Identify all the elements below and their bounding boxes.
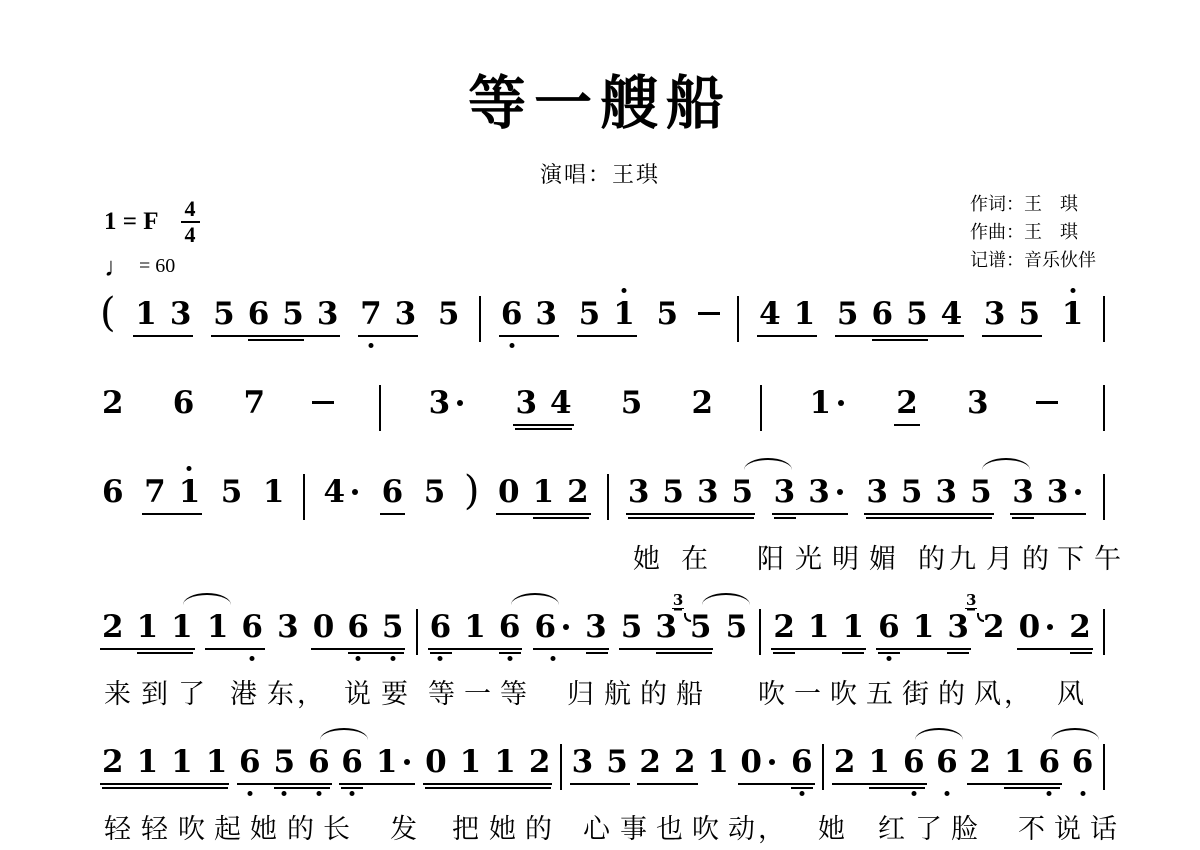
beam-group: 63 — [533, 610, 609, 650]
low-octave-dot — [316, 791, 321, 796]
beam-group: 5 — [724, 610, 750, 648]
note-group: 3535 — [864, 475, 993, 515]
low-octave-dot — [356, 656, 361, 661]
note-3: 3 — [655, 610, 677, 644]
beam-group: 613 — [876, 610, 971, 650]
note-5: 5 — [213, 297, 235, 331]
note-1: 1 — [263, 475, 285, 509]
note-5: 5 — [657, 297, 679, 331]
note-4: 4 — [941, 297, 963, 331]
beam-line — [586, 652, 608, 655]
note-0: 0 — [313, 610, 335, 644]
note-6: 6 — [102, 475, 124, 509]
beam-line — [774, 517, 796, 520]
single-note: 1 — [261, 475, 287, 513]
note-2: 2 — [834, 745, 856, 779]
beam-group: 3 — [965, 386, 991, 424]
sustain-dash — [312, 401, 334, 405]
single-note: 3 — [427, 386, 469, 424]
lyric-char: 动 — [728, 813, 755, 845]
note-group: 02 — [1017, 610, 1093, 650]
music-system-4: 21116306561663535352116132302 来到了港东，说要等一… — [100, 610, 1105, 718]
quarter-note-icon: ♩ — [104, 256, 131, 278]
lyric-char: 等 — [428, 678, 455, 710]
lyric-char: 的 — [525, 813, 552, 845]
note-1: 1 — [808, 610, 830, 644]
lyrics-line-3: 她在阳光明媚的九月的下午 — [100, 543, 1105, 583]
lyric-char: 归 — [567, 678, 594, 710]
note-3: 3 — [774, 475, 796, 509]
beam-group: 5653 — [211, 297, 340, 337]
note-6: 6 — [1072, 745, 1094, 779]
lyric-char: 东 — [267, 678, 294, 710]
beam-group: 35 — [982, 297, 1042, 337]
key-tempo-block: 1 = F 4 4 ♩ = 60 — [104, 197, 200, 278]
grace-note: 3 — [965, 593, 977, 609]
note-2: 2 — [102, 610, 124, 644]
note-group: 216 — [967, 745, 1062, 785]
note-group: 5654 — [835, 297, 964, 337]
note-0: 0 — [740, 745, 778, 779]
note-2: 2 — [692, 386, 714, 420]
key-signature: 1 = F — [104, 208, 159, 236]
note-3: 3 — [866, 475, 888, 509]
note-5: 5 — [274, 745, 296, 779]
single-note: 5 — [422, 475, 448, 513]
low-octave-dot — [944, 791, 949, 796]
note-6: 6 — [878, 610, 900, 644]
single-note: 1 — [705, 745, 731, 783]
note-1: 1 — [137, 745, 159, 779]
meta-block: 1 = F 4 4 ♩ = 60 作词：王 琪 作曲：王 琪 记谱：音乐伙伴 — [100, 191, 1100, 283]
lyric-char: ， — [297, 678, 324, 710]
note-3: 3 — [395, 297, 417, 331]
note-6: 6 — [499, 610, 521, 644]
tie-arc — [511, 593, 559, 605]
beam-group: 02 — [1017, 610, 1093, 650]
tie-arc — [744, 458, 792, 470]
note-1: 1 — [206, 745, 228, 779]
single-note: 2 — [690, 386, 716, 424]
beam-line — [430, 652, 452, 655]
note-1: 1 — [464, 610, 486, 644]
low-octave-dot — [438, 656, 443, 661]
note-5: 5 — [901, 475, 923, 509]
beam-group: 34 — [513, 386, 573, 426]
note-1: 1 — [376, 745, 414, 779]
lyric-char: 的 — [1022, 543, 1049, 575]
beam-line — [425, 787, 551, 790]
note-group: 0112 — [423, 745, 552, 785]
beam-line — [773, 652, 795, 655]
barline — [1103, 744, 1105, 790]
barline — [607, 474, 609, 520]
note-1: 1 — [494, 745, 516, 779]
note-3: 3 — [429, 386, 467, 420]
note-6: 6 — [872, 297, 894, 331]
single-note: 6 — [100, 475, 126, 513]
note-1: 1 — [137, 610, 159, 644]
low-octave-dot — [350, 791, 355, 796]
augmentation-dot — [838, 400, 844, 406]
high-octave-dot — [187, 466, 192, 471]
lyric-char: 轻 — [141, 813, 168, 845]
note-group: 73 — [358, 297, 418, 337]
beam-group: 06 — [738, 745, 814, 785]
lyric-char: 的 — [918, 543, 945, 575]
lyric-char: 不 — [1018, 813, 1045, 845]
time-denominator: 4 — [185, 223, 196, 247]
note-0: 0 — [498, 475, 520, 509]
beam-line — [628, 517, 754, 520]
lyric-char: 航 — [604, 678, 631, 710]
beam-group: 71 — [142, 475, 202, 515]
lyric-char: 她 — [818, 813, 845, 845]
lyric-char: 事 — [620, 813, 647, 845]
note-group: 16 — [205, 610, 265, 650]
music-system-1: (13565373563515415654351 — [100, 297, 1105, 359]
lyric-char: 吹 — [178, 813, 205, 845]
notation-line-5: 2111656610112352210621662166 — [100, 745, 1105, 807]
lyric-char: 她 — [633, 543, 660, 575]
lyric-char: 了 — [178, 678, 205, 710]
beam-group: 6 — [1070, 745, 1096, 783]
lyric-char: 脸 — [951, 813, 978, 845]
note-6: 6 — [791, 745, 813, 779]
barline — [303, 474, 305, 520]
note-0: 0 — [1019, 610, 1057, 644]
note-5: 5 — [970, 475, 992, 509]
note-5: 5 — [438, 297, 460, 331]
tie-arc — [320, 728, 368, 740]
note-3: 3 — [808, 475, 846, 509]
note-3: 3 — [277, 610, 299, 644]
sheet-music-page: 等一艘船 演唱：王琪 1 = F 4 4 ♩ = 60 作词：王 琪 作曲：王 … — [0, 0, 1200, 850]
low-octave-dot — [799, 791, 804, 796]
lyric-char: 轻 — [104, 813, 131, 845]
lyrics-line-5: 轻轻吹起她的长发把她的心事也吹动，她红了脸不说话 — [100, 813, 1105, 850]
beam-group: 51 — [577, 297, 637, 337]
lyric-char: 把 — [452, 813, 479, 845]
beam-group: 13 — [133, 297, 193, 337]
note-5: 5 — [837, 297, 859, 331]
barline — [1103, 296, 1105, 342]
note-group: 71 — [142, 475, 202, 515]
note-group: 06 — [738, 745, 814, 785]
lyric-char: 的 — [938, 678, 965, 710]
single-note: 1 — [1060, 297, 1086, 335]
note-6: 6 — [173, 386, 195, 420]
lyric-char: ， — [758, 813, 785, 845]
singer-credit: 演唱：王琪 — [0, 158, 1200, 189]
note-1: 1 — [868, 745, 890, 779]
lyric-char: 起 — [214, 813, 241, 845]
note-2: 2 — [674, 745, 696, 779]
note-1: 1 — [1062, 297, 1084, 331]
beam-group: 6 — [100, 475, 126, 513]
beam-group: 211 — [100, 610, 195, 650]
grace-note: 3 — [672, 593, 684, 609]
note-group: 065 — [311, 610, 406, 650]
notation-line-2: 26733452123 — [100, 386, 1105, 448]
beam-line — [248, 339, 304, 342]
barline — [379, 385, 381, 431]
lyric-char: 等 — [500, 678, 527, 710]
lyric-char: 到 — [141, 678, 168, 710]
low-octave-dot — [507, 656, 512, 661]
note-5: 5 — [726, 610, 748, 644]
note-6: 6 — [382, 475, 404, 509]
note-group: 656 — [237, 745, 332, 785]
beam-group: 7 — [242, 386, 268, 424]
note-2: 2 — [567, 475, 589, 509]
augmentation-dot — [837, 489, 843, 495]
augmentation-dot — [457, 400, 463, 406]
note-4: 4 — [324, 475, 362, 509]
lyric-char: 光 — [795, 543, 822, 575]
note-2: 2 — [639, 745, 661, 779]
lyric-char: 九 — [949, 543, 976, 575]
note-0: 0 — [425, 745, 447, 779]
note-7: 7 — [360, 297, 382, 331]
beam-line — [791, 787, 813, 790]
beam-group: 065 — [311, 610, 406, 650]
barline — [822, 744, 824, 790]
song-title: 等一艘船 — [0, 72, 1200, 136]
beam-line — [348, 652, 404, 655]
sustain-dash — [698, 312, 720, 316]
notation-credit: 记谱：音乐伙伴 — [970, 247, 1096, 275]
single-note: 7 — [242, 386, 268, 424]
beam-group: 616 — [428, 610, 523, 650]
beam-group: 1 — [705, 745, 731, 783]
beam-line — [1012, 517, 1034, 520]
beam-group: 3535 — [626, 475, 755, 515]
single-note: 5 — [219, 475, 245, 513]
tempo-row: ♩ = 60 — [104, 255, 200, 278]
low-octave-dot — [247, 791, 252, 796]
beam-group: 2 — [100, 386, 126, 424]
credits-block: 作词：王 琪 作曲：王 琪 记谱：音乐伙伴 — [970, 191, 1096, 275]
note-group: 33 — [772, 475, 848, 515]
lyric-char: 要 — [381, 678, 408, 710]
note-3: 3 — [628, 475, 650, 509]
augmentation-dot — [563, 624, 569, 630]
beam-line — [499, 652, 521, 655]
grace-hook — [977, 613, 984, 622]
beam-line — [1004, 787, 1060, 790]
barline — [1103, 385, 1105, 431]
lyric-char: 阳 — [757, 543, 784, 575]
note-group: 63 — [533, 610, 609, 650]
note-group: 2111 — [100, 745, 229, 785]
lyric-char: 也 — [656, 813, 683, 845]
note-6: 6 — [241, 610, 263, 644]
note-group: 3535 — [626, 475, 755, 515]
beam-group: 012 — [496, 475, 591, 515]
lyric-char: 风 — [974, 678, 1001, 710]
beam-line — [947, 652, 969, 655]
lyric-char: 她 — [250, 813, 277, 845]
beam-group: 3535 — [864, 475, 993, 515]
note-6: 6 — [239, 745, 261, 779]
beam-group: 2111 — [100, 745, 229, 785]
single-note: 6 — [934, 745, 960, 783]
note-2: 2 — [896, 386, 918, 420]
barline — [1103, 474, 1105, 520]
barline — [737, 296, 739, 342]
lyric-char: 五 — [866, 678, 893, 710]
note-3: 3 — [170, 297, 192, 331]
single-note: 5 — [655, 297, 681, 335]
barline — [479, 296, 481, 342]
lyric-char: 心 — [583, 813, 610, 845]
note-5: 5 — [662, 475, 684, 509]
beam-group: 216 — [967, 745, 1062, 785]
note-1: 1 — [179, 475, 201, 509]
beam-line — [102, 787, 228, 790]
beam-group: 4 — [322, 475, 364, 513]
note-2: 2 — [102, 745, 124, 779]
low-octave-dot — [282, 791, 287, 796]
beam-line — [137, 652, 193, 655]
note-group: 41 — [757, 297, 817, 337]
lyric-char: 来 — [104, 678, 131, 710]
beam-line — [274, 787, 330, 790]
note-1: 1 — [843, 610, 865, 644]
low-octave-dot — [368, 343, 373, 348]
music-system-5: 2111656610112352210621662166 轻轻吹起她的长发把她的… — [100, 745, 1105, 850]
lyric-char: ， — [1004, 678, 1031, 710]
beam-line — [872, 339, 928, 342]
notation-line-3: 67151465)012353533353533 — [100, 475, 1105, 537]
note-3: 3 — [1012, 475, 1034, 509]
lyric-char: 长 — [323, 813, 350, 845]
note-1: 1 — [171, 610, 193, 644]
low-octave-dot — [1080, 791, 1085, 796]
note-3: 3 — [515, 386, 537, 420]
note-group: 012 — [496, 475, 591, 515]
note-6: 6 — [936, 745, 958, 779]
lyricist-credit: 作词：王 琪 — [970, 191, 1096, 219]
lyric-char: 发 — [390, 813, 417, 845]
high-octave-dot — [622, 288, 627, 293]
beam-group: 5654 — [835, 297, 964, 337]
beam-group: 16 — [205, 610, 265, 650]
beam-group: 1 — [261, 475, 287, 513]
note-1: 1 — [207, 610, 229, 644]
note-6: 6 — [308, 745, 330, 779]
low-octave-dot — [911, 791, 916, 796]
beam-group: 63 — [499, 297, 559, 337]
note-1: 1 — [135, 297, 157, 331]
lyric-char: 在 — [681, 543, 708, 575]
note-3: 3 — [947, 610, 969, 644]
music-system-2: 26733452123 — [100, 386, 1105, 448]
beam-group: 5 — [655, 297, 681, 335]
note-3: 3 — [697, 475, 719, 509]
beam-group: 216 — [832, 745, 927, 785]
beam-line — [341, 787, 363, 790]
lyric-char: 的 — [640, 678, 667, 710]
beam-line — [842, 652, 864, 655]
beam-group: 5 — [422, 475, 448, 513]
beam-group: 1 — [808, 386, 850, 424]
note-5: 5 — [606, 745, 628, 779]
note-2: 2 — [102, 386, 124, 420]
score: (13565373563515415654351 26733452123 671… — [100, 297, 1105, 850]
lyric-char: 街 — [902, 678, 929, 710]
note-group: 61 — [339, 745, 415, 785]
note-group: 211 — [771, 610, 866, 650]
single-note: 6 — [171, 386, 197, 424]
beam-group: 22 — [637, 745, 697, 785]
sustain-dash — [1036, 401, 1058, 405]
beam-line — [656, 652, 712, 655]
lyric-char: 媚 — [869, 543, 896, 575]
note-1: 1 — [1004, 745, 1026, 779]
low-octave-dot — [390, 656, 395, 661]
barline — [560, 744, 562, 790]
beam-group: 3 — [427, 386, 469, 424]
note-group: 51 — [577, 297, 637, 337]
note-1: 1 — [810, 386, 848, 420]
note-2: 2 — [969, 745, 991, 779]
lyric-char: 月 — [986, 543, 1013, 575]
lyric-char: 她 — [489, 813, 516, 845]
tie-arc — [982, 458, 1030, 470]
single-note: 3 — [275, 610, 301, 648]
lyric-char: 了 — [915, 813, 942, 845]
beam-group: 0112 — [423, 745, 552, 785]
beam-group: 61 — [339, 745, 415, 785]
beam-group: 23 — [981, 610, 1007, 648]
note-group: 5653 — [211, 297, 340, 337]
beam-group: 2 — [690, 386, 716, 424]
note-3: 3 — [572, 745, 594, 779]
note-4: 4 — [759, 297, 781, 331]
beam-group: 656 — [237, 745, 332, 785]
note-1: 1 — [613, 297, 635, 331]
barline — [760, 385, 762, 431]
single-note: 5 — [436, 297, 462, 335]
beam-group: 5 — [219, 475, 245, 513]
tie-arc — [702, 593, 750, 605]
beam-line — [515, 428, 572, 431]
note-3: 3 — [317, 297, 339, 331]
time-numerator: 4 — [181, 197, 200, 223]
note-group: 13 — [133, 297, 193, 337]
note-5: 5 — [579, 297, 601, 331]
lyric-char: 风 — [1057, 678, 1084, 710]
note-6: 6 — [535, 610, 573, 644]
low-octave-dot — [551, 656, 556, 661]
beam-group: 6 — [934, 745, 960, 783]
note-5: 5 — [732, 475, 754, 509]
note-group: 35 — [570, 745, 630, 785]
single-note: 4 — [322, 475, 364, 513]
low-octave-dot — [250, 656, 255, 661]
note-6: 6 — [1039, 745, 1061, 779]
beam-group: 41 — [757, 297, 817, 337]
lyric-char: 的 — [287, 813, 314, 845]
single-note: 23 — [981, 610, 1007, 648]
low-octave-dot — [509, 343, 514, 348]
lyric-char: 一 — [464, 678, 491, 710]
beam-group: 73 — [358, 297, 418, 337]
augmentation-dot — [404, 759, 410, 765]
lyric-char: 红 — [878, 813, 905, 845]
